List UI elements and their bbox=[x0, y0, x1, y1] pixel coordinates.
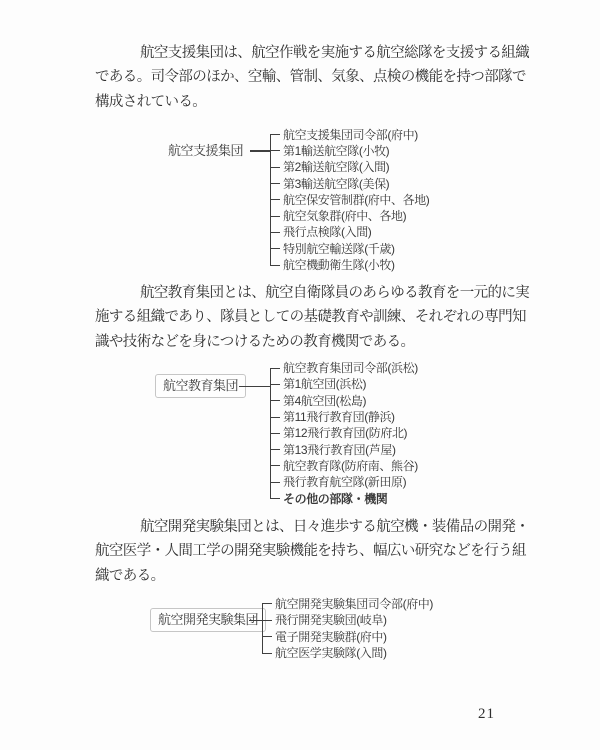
paragraph-line: 識や技術などを身につけるための教育機関である。 bbox=[95, 330, 529, 354]
tree2-root-label: 航空教育集団 bbox=[155, 374, 246, 398]
tree-item-label: 航空教育集団司令部(浜松) bbox=[283, 361, 418, 375]
tree-item-label: その他の部隊・機関 bbox=[283, 492, 387, 506]
paragraph-line: 施する組織であり、隊員としての基礎教育や訓練、それぞれの専門知 bbox=[95, 305, 529, 329]
tree-item-label: 第13飛行教育団(芦屋) bbox=[283, 443, 396, 457]
tree-item: 第11飛行教育団(静浜) bbox=[270, 409, 418, 425]
paragraph-line: 織である。 bbox=[95, 564, 529, 588]
paragraph-line: である。司令部のほか、空輸、管制、気象、点検の機能を持つ部隊で bbox=[95, 65, 529, 89]
tree-item: 第2輸送航空隊(入間) bbox=[270, 159, 429, 175]
tree-item: 第1航空団(浜松) bbox=[270, 376, 418, 392]
tree-item: 飛行点検隊(入間) bbox=[270, 224, 429, 240]
tree-item-label: 第12飛行教育団(防府北) bbox=[283, 426, 407, 440]
tree-item-label: 航空教育隊(防府南、熊谷) bbox=[283, 459, 418, 473]
tree-item: 航空気象群(府中、各地) bbox=[270, 208, 429, 224]
tree-item: 飛行教育航空隊(新田原) bbox=[270, 474, 418, 490]
tree-item-label: 電子開発実験群(府中) bbox=[275, 630, 387, 644]
paragraph-line: 航空支援集団は、航空作戦を実施する航空総隊を支援する組織 bbox=[95, 41, 529, 65]
tree-item: 航空教育隊(防府南、熊谷) bbox=[270, 458, 418, 474]
paragraph-line: 構成されている。 bbox=[95, 90, 529, 114]
tree-item-label: 飛行開発実験団(岐阜) bbox=[275, 613, 387, 627]
tree-item: 特別航空輸送隊(千歳) bbox=[270, 241, 429, 257]
tree1-root-connector-line bbox=[250, 150, 270, 151]
tree-item: 航空教育集団司令部(浜松) bbox=[270, 360, 418, 376]
tree3-items: 航空開発実験集団司令部(府中) 飛行開発実験団(岐阜) 電子開発実験群(府中) … bbox=[262, 596, 433, 662]
page-number: 21 bbox=[478, 706, 495, 723]
tree-item-label: 航空保安管制群(府中、各地) bbox=[283, 193, 429, 207]
tree-item-label: 航空支援集団司令部(府中) bbox=[283, 128, 418, 142]
tree-item-label: 航空機動衛生隊(小牧) bbox=[283, 258, 395, 272]
tree-item-label: 特別航空輸送隊(千歳) bbox=[283, 242, 395, 256]
tree2-items: 航空教育集団司令部(浜松) 第1航空団(浜松) 第4航空団(松島) 第11飛行教… bbox=[270, 360, 418, 507]
tree-item: 航空機動衛生隊(小牧) bbox=[270, 257, 429, 273]
document-page: 航空支援集団は、航空作戦を実施する航空総隊を支援する組織 である。司令部のほか、… bbox=[0, 0, 600, 750]
tree-item-label: 飛行点検隊(入間) bbox=[283, 225, 371, 239]
tree1-root-label: 航空支援集団 bbox=[168, 143, 243, 159]
paragraph-line: 航空教育集団とは、航空自衛隊員のあらゆる教育を一元的に実 bbox=[95, 281, 529, 305]
tree-item-label: 第1航空団(浜松) bbox=[283, 377, 366, 391]
tree-item-label: 航空開発実験集団司令部(府中) bbox=[275, 597, 433, 611]
tree-item: 第12飛行教育団(防府北) bbox=[270, 425, 418, 441]
paragraph-air-training: 航空教育集団とは、航空自衛隊員のあらゆる教育を一元的に実 施する組織であり、隊員… bbox=[95, 281, 529, 354]
tree-item: 第3輸送航空隊(美保) bbox=[270, 176, 429, 192]
tree-item: 航空医学実験隊(入間) bbox=[262, 645, 433, 662]
tree-item: 第13飛行教育団(芦屋) bbox=[270, 442, 418, 458]
paragraph-air-support: 航空支援集団は、航空作戦を実施する航空総隊を支援する組織 である。司令部のほか、… bbox=[95, 41, 529, 114]
tree-item: 第1輸送航空隊(小牧) bbox=[270, 143, 429, 159]
tree-item: その他の部隊・機関 bbox=[270, 491, 418, 507]
tree-item-label: 第3輸送航空隊(美保) bbox=[283, 177, 389, 191]
paragraph-air-development: 航空開発実験集団とは、日々進歩する航空機・装備品の開発・ 航空医学・人間工学の開… bbox=[95, 515, 529, 588]
tree-item-label: 第2輸送航空隊(入間) bbox=[283, 160, 389, 174]
tree-item-label: 航空医学実験隊(入間) bbox=[275, 646, 387, 660]
tree-item: 航空支援集団司令部(府中) bbox=[270, 127, 429, 143]
tree-item-label: 飛行教育航空隊(新田原) bbox=[283, 475, 406, 489]
tree-item-label: 第4航空団(松島) bbox=[283, 394, 366, 408]
tree-item: 第4航空団(松島) bbox=[270, 393, 418, 409]
tree-item-label: 第1輸送航空隊(小牧) bbox=[283, 144, 389, 158]
tree2-root-connector-line bbox=[239, 386, 270, 387]
tree-item: 航空開発実験集団司令部(府中) bbox=[262, 596, 433, 613]
tree-item: 電子開発実験群(府中) bbox=[262, 629, 433, 646]
tree-item: 航空保安管制群(府中、各地) bbox=[270, 192, 429, 208]
paragraph-line: 航空開発実験集団とは、日々進歩する航空機・装備品の開発・ bbox=[95, 515, 529, 539]
tree3-root-connector-line bbox=[249, 620, 262, 621]
tree-item: 飛行開発実験団(岐阜) bbox=[262, 612, 433, 629]
tree-item-label: 航空気象群(府中、各地) bbox=[283, 209, 406, 223]
tree1-items: 航空支援集団司令部(府中) 第1輸送航空隊(小牧) 第2輸送航空隊(入間) 第3… bbox=[270, 127, 429, 274]
tree-item-label: 第11飛行教育団(静浜) bbox=[283, 410, 395, 424]
paragraph-line: 航空医学・人間工学の開発実験機能を持ち、幅広い研究などを行う組 bbox=[95, 539, 529, 563]
